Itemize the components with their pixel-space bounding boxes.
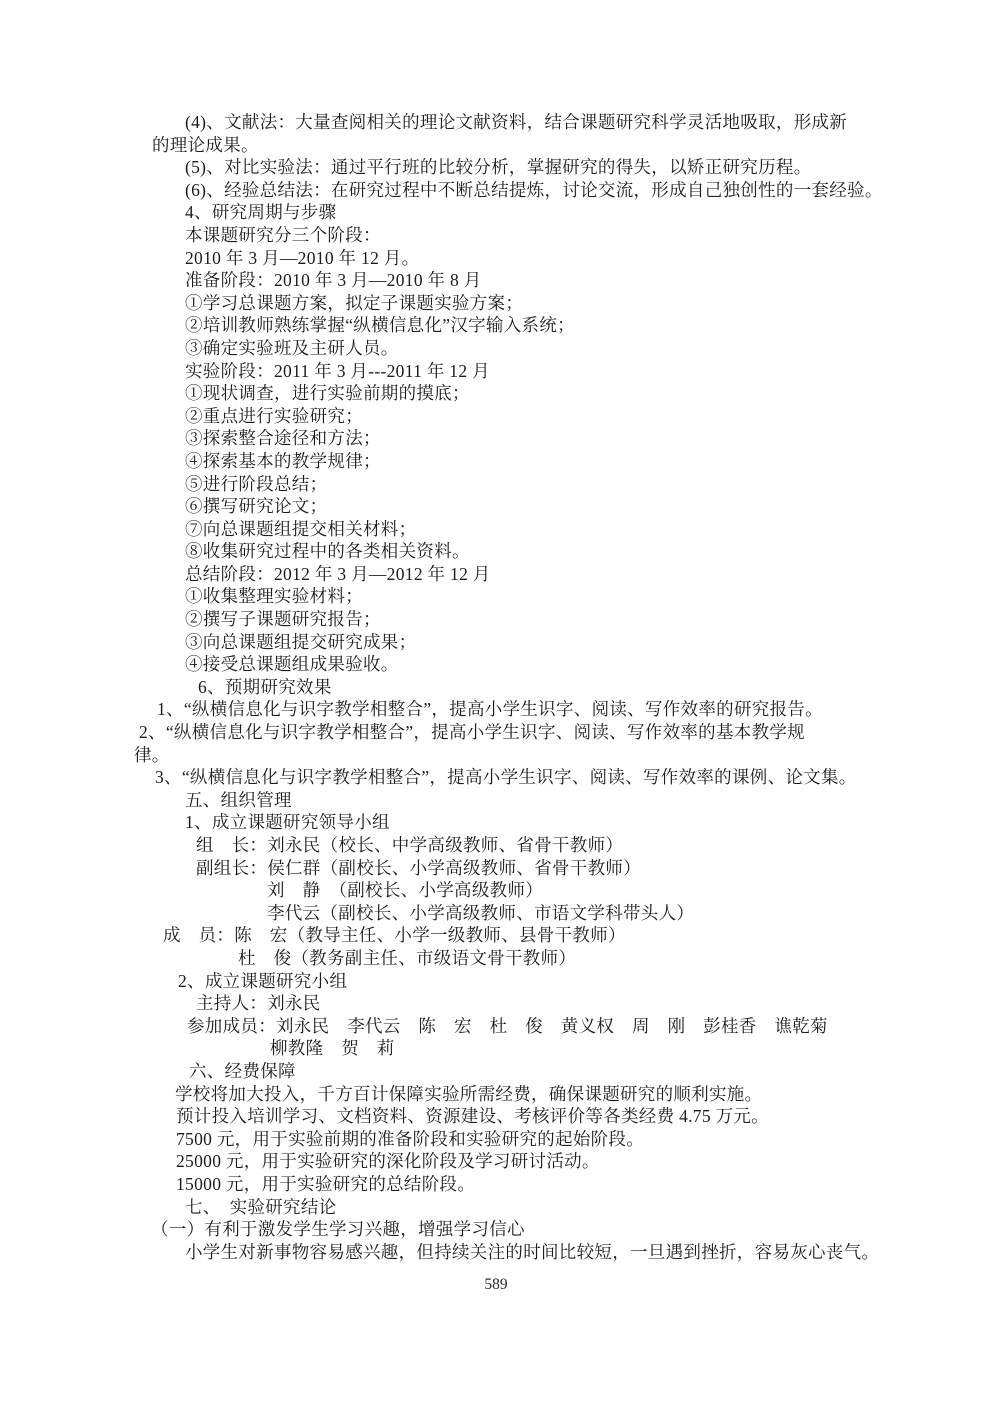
document-line: 李代云（副校长、小学高级教师、市语文学科带头人） [267, 902, 932, 925]
document-page: (4)、文献法：大量查阅相关的理论文献资料，结合课题研究科学灵活地吸取，形成新的… [0, 0, 992, 1403]
document-line: 组 长：刘永民（校长、中学高级教师、省骨干教师） [196, 834, 932, 857]
document-line: ④接受总课题组成果验收。 [185, 653, 932, 676]
document-line: (6)、经验总结法：在研究过程中不断总结提炼，讨论交流，形成自己独创性的一套经验… [185, 179, 932, 202]
document-line: ①学习总课题方案，拟定子课题实验方案； [185, 292, 932, 315]
document-line: ②重点进行实验研究； [185, 405, 932, 428]
document-line: 杜 俊（教务副主任、市级语文骨干教师） [238, 947, 932, 970]
document-line: 主持人：刘永民 [196, 992, 932, 1015]
document-line: (4)、文献法：大量查阅相关的理论文献资料，结合课题研究科学灵活地吸取，形成新 [185, 111, 932, 134]
document-line: 六、经费保障 [189, 1060, 932, 1083]
document-line: ⑦向总课题组提交相关材料； [185, 518, 932, 541]
document-line: 副组长：侯仁群（副校长、小学高级教师、省骨干教师） [196, 857, 932, 880]
document-line: 4、研究周期与步骤 [185, 201, 932, 224]
document-line: 1、成立课题研究领导小组 [185, 811, 932, 834]
document-line: (5)、对比实验法：通过平行班的比较分析，掌握研究的得失，以矫正研究历程。 [185, 156, 932, 179]
document-line: 参加成员：刘永民 李代云 陈 宏 杜 俊 黄义权 周 刚 彭桂香 谯乾菊 [187, 1015, 932, 1038]
document-body: (4)、文献法：大量查阅相关的理论文献资料，结合课题研究科学灵活地吸取，形成新的… [134, 111, 932, 1263]
document-line: 预计投入培训学习、文档资料、资源建设、考核评价等各类经费 4.75 万元。 [176, 1105, 932, 1128]
document-line: ⑧收集研究过程中的各类相关资料。 [185, 540, 932, 563]
page-number: 589 [0, 1276, 992, 1294]
document-line: 1、“纵横信息化与识字教学相整合”，提高小学生识字、阅读、写作效率的研究报告。 [157, 698, 932, 721]
document-line: 小学生对新事物容易感兴趣，但持续关注的时间比较短，一旦遇到挫折，容易灰心丧气。 [185, 1241, 932, 1264]
document-line: 2010 年 3 月—2010 年 12 月。 [185, 247, 932, 270]
document-line: 柳教隆 贺 莉 [270, 1037, 932, 1060]
document-line: ③向总课题组提交研究成果； [185, 631, 932, 654]
document-line: 总结阶段：2012 年 3 月—2012 年 12 月 [185, 563, 932, 586]
document-line: 实验阶段：2011 年 3 月---2011 年 12 月 [185, 360, 932, 383]
document-line: 成 员：陈 宏（教导主任、小学一级教师、县骨干教师） [163, 924, 932, 947]
document-line: （一）有利于激发学生学习兴趣，增强学习信心 [151, 1218, 932, 1241]
document-line: 25000 元，用于实验研究的深化阶段及学习研讨活动。 [176, 1150, 932, 1173]
document-line: 15000 元，用于实验研究的总结阶段。 [176, 1173, 932, 1196]
document-line: 本课题研究分三个阶段： [185, 224, 932, 247]
document-line: 3、“纵横信息化与识字教学相整合”，提高小学生识字、阅读、写作效率的课例、论文集… [155, 766, 932, 789]
document-line: ③确定实验班及主研人员。 [185, 337, 932, 360]
document-line: 2、成立课题研究小组 [178, 970, 932, 993]
document-line: ⑤进行阶段总结； [185, 473, 932, 496]
document-line: 七、 实验研究结论 [185, 1196, 932, 1219]
document-line: 7500 元，用于实验前期的准备阶段和实验研究的起始阶段。 [176, 1128, 932, 1151]
document-line: ①现状调查，进行实验前期的摸底； [185, 382, 932, 405]
document-line: ⑥撰写研究论文； [185, 495, 932, 518]
document-line: ④探索基本的教学规律； [185, 450, 932, 473]
document-line: 刘 静 （副校长、小学高级教师） [267, 879, 932, 902]
document-line: 2、“纵横信息化与识字教学相整合”，提高小学生识字、阅读、写作效率的基本教学规 [139, 721, 932, 744]
document-line: 五、组织管理 [185, 789, 932, 812]
document-line: 准备阶段：2010 年 3 月—2010 年 8 月 [185, 269, 932, 292]
document-line: 学校将加大投入，千方百计保障实验所需经费，确保课题研究的顺利实施。 [175, 1083, 932, 1106]
document-line: 律。 [134, 744, 932, 767]
document-line: ①收集整理实验材料； [185, 585, 932, 608]
document-line: 6、预期研究效果 [198, 676, 932, 699]
document-line: ②培训教师熟练掌握“纵横信息化”汉字输入系统； [185, 314, 932, 337]
document-line: ③探索整合途径和方法； [185, 427, 932, 450]
document-line: 的理论成果。 [152, 134, 932, 157]
document-line: ②撰写子课题研究报告； [185, 608, 932, 631]
